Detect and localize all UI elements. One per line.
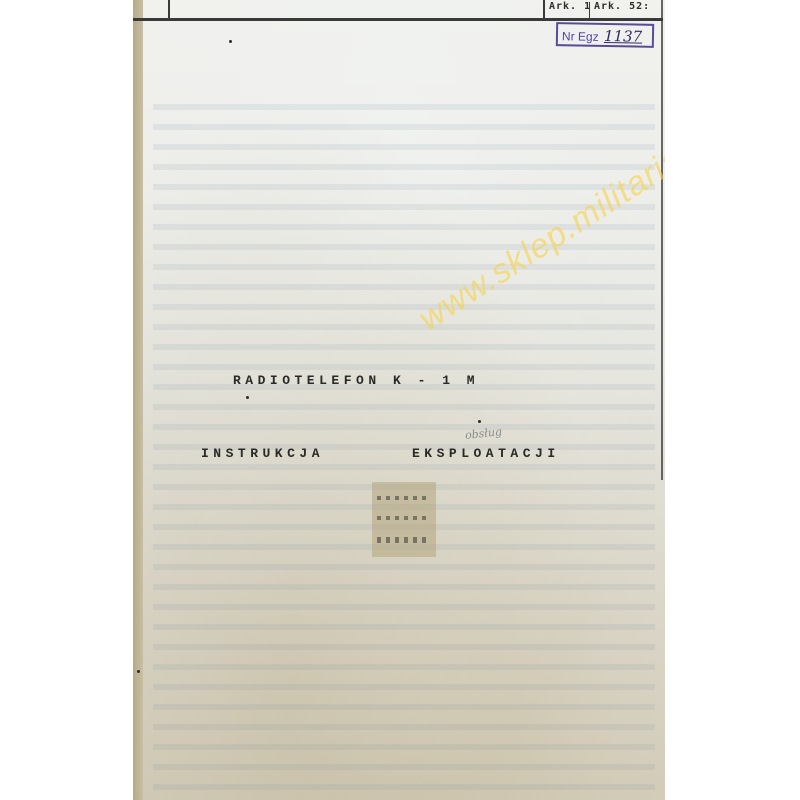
- header-rule: [133, 18, 663, 21]
- sheet-total: Ark. 52:: [594, 1, 650, 12]
- header-divider-right: [543, 0, 545, 20]
- page-edge: [133, 0, 143, 800]
- device-model: K - 1 M: [393, 373, 479, 388]
- copy-stamp-number: 1137: [604, 27, 642, 46]
- sheet-number: Ark. 1: [549, 1, 591, 12]
- tape-patch: [372, 482, 436, 557]
- speck: [229, 40, 232, 43]
- tape-dots: [377, 516, 431, 520]
- device-title: RADIOTELEFON: [233, 373, 381, 388]
- document-type-1: INSTRUKCJA: [201, 446, 324, 461]
- speck: [246, 396, 249, 399]
- document-type-2: EKSPLOATACJI: [412, 446, 560, 461]
- copy-number-stamp: Nr Egz 1137: [556, 22, 654, 48]
- tape-dots: [377, 496, 431, 500]
- tape-dots: [377, 537, 431, 543]
- sheet-divider: [589, 2, 590, 18]
- document-page: Ark. 1 Ark. 52: Nr Egz 1137 www.sklep.mi…: [133, 0, 665, 800]
- right-border-line: [661, 0, 663, 480]
- copy-stamp-label: Nr Egz: [562, 29, 599, 44]
- header-divider-left: [168, 0, 170, 20]
- speck: [137, 670, 140, 673]
- speck: [478, 420, 481, 423]
